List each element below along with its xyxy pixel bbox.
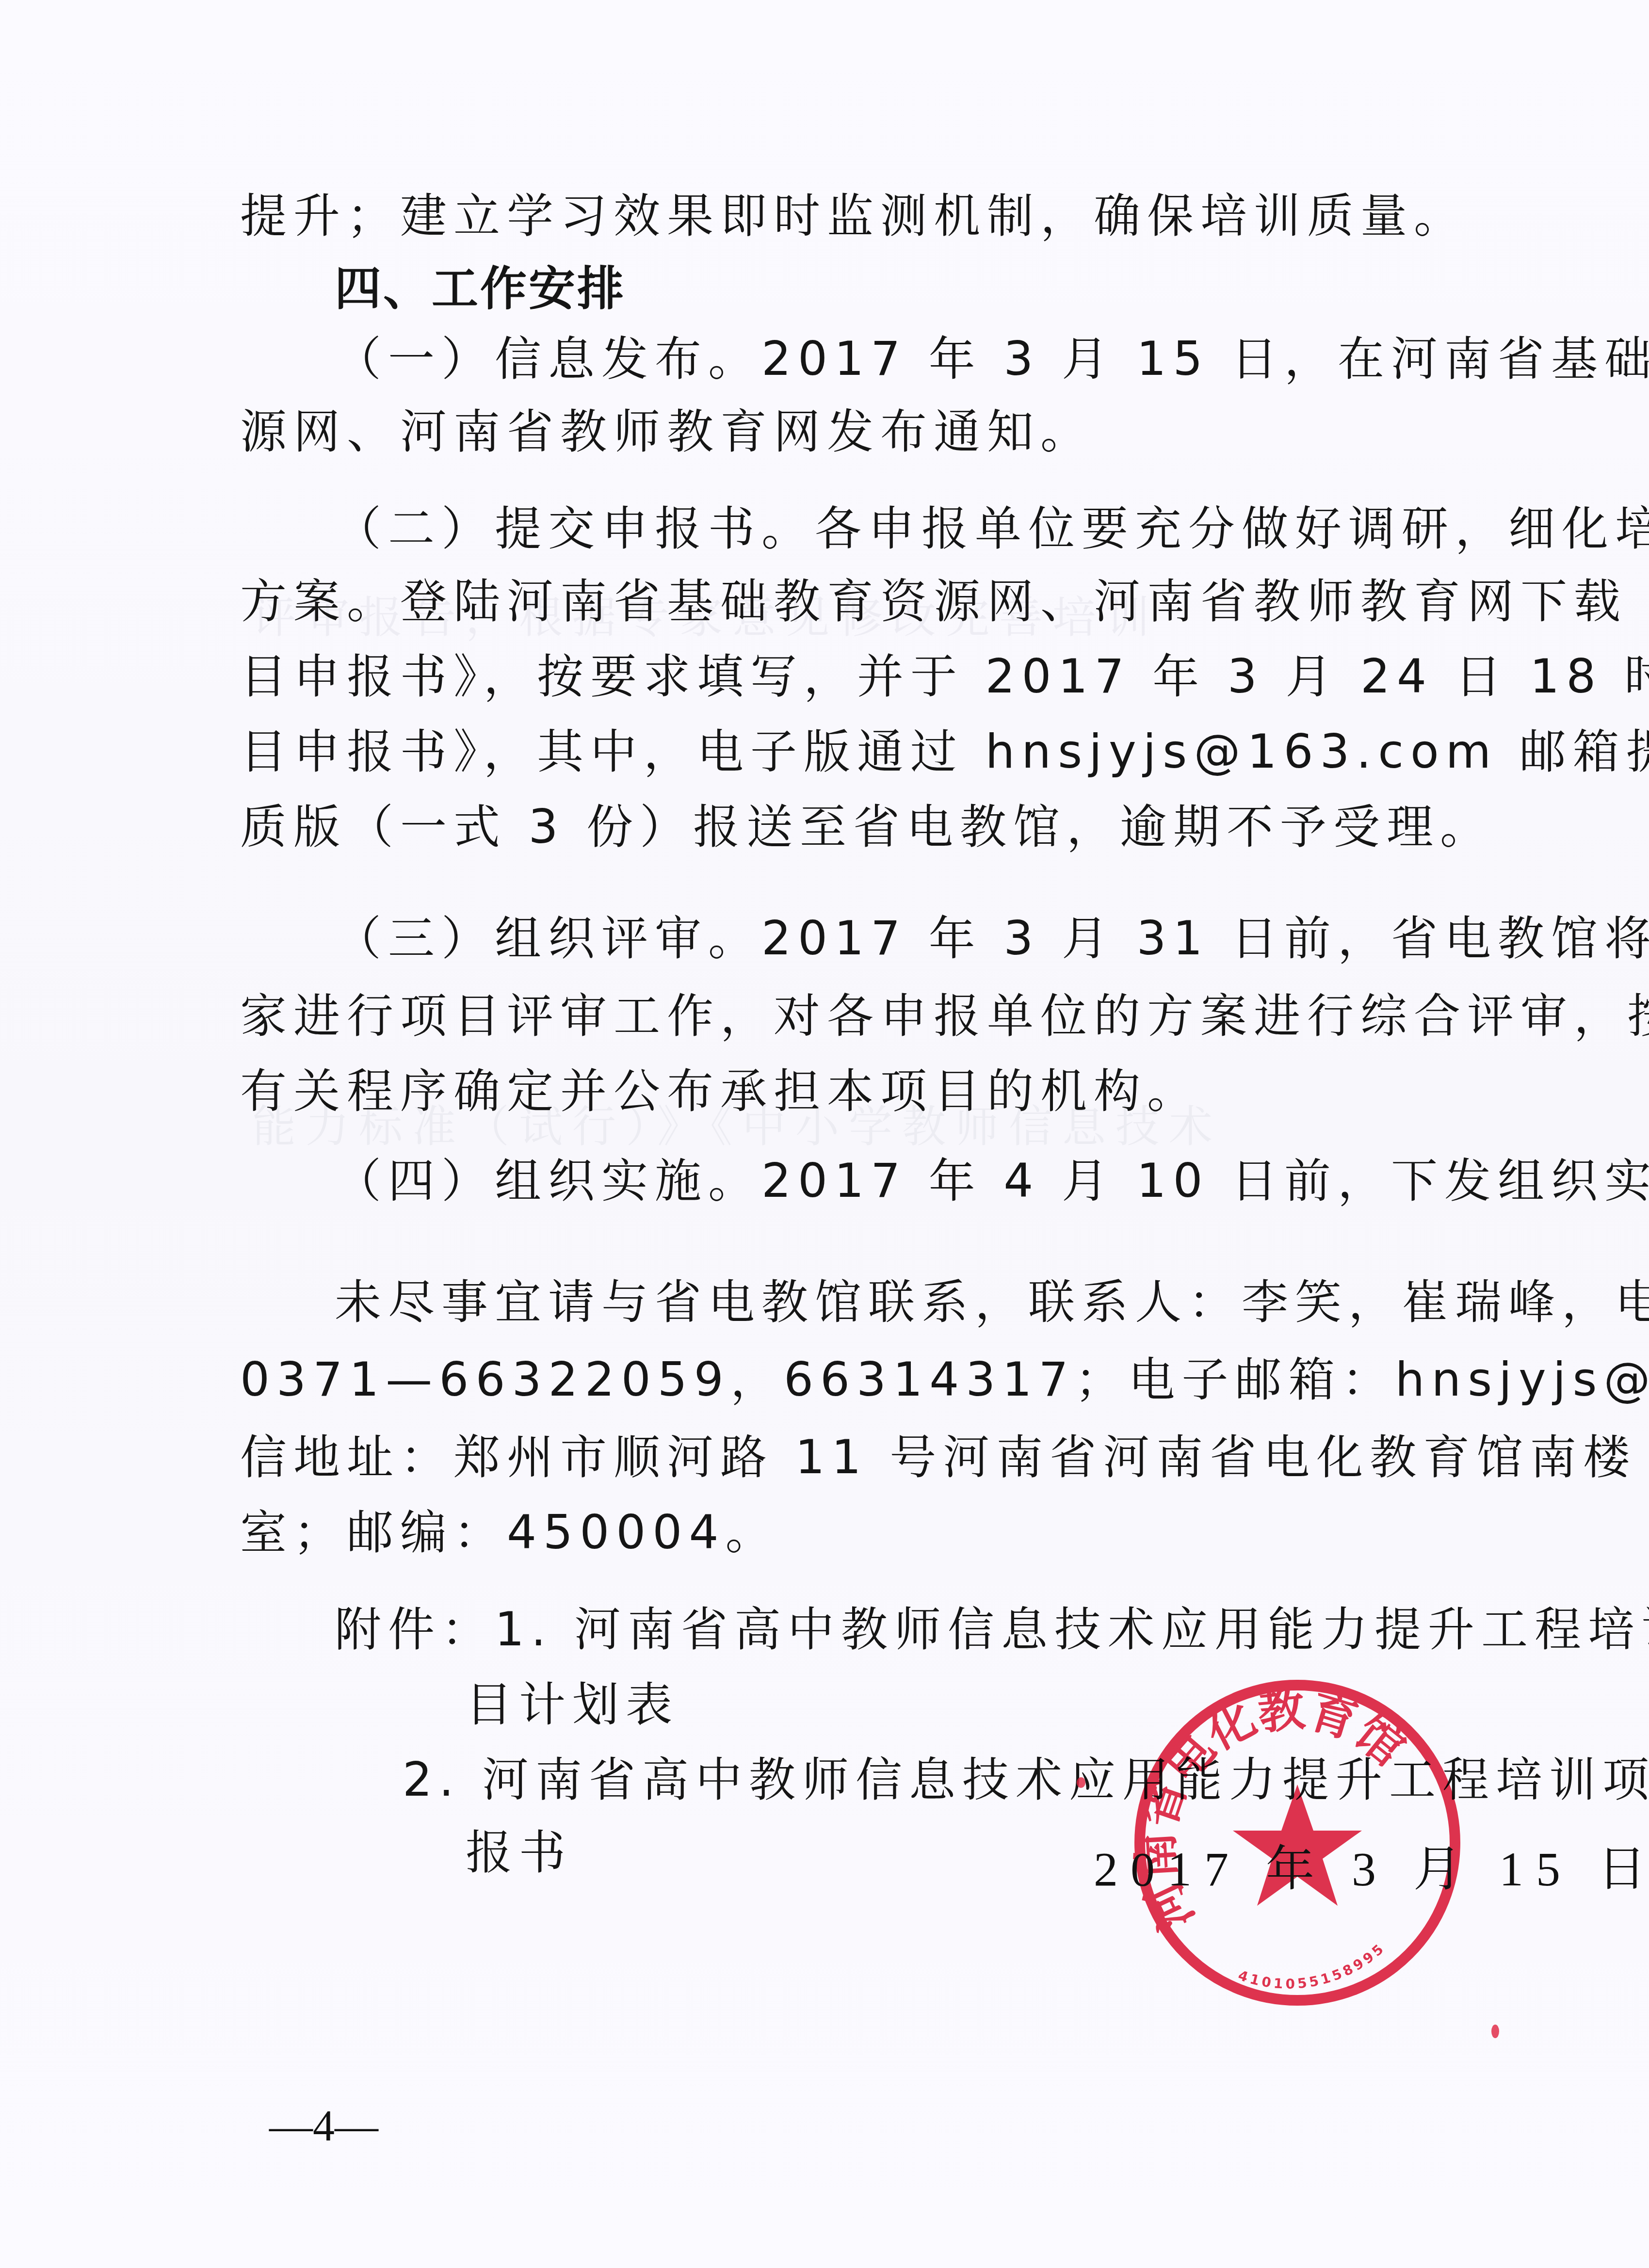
ink-speck	[1077, 1777, 1085, 1788]
item-2-line-1: （二）提交申报书。各申报单位要充分做好调研，细化培训	[335, 499, 1649, 558]
contact-line-3: 信地址：郑州市顺河路 11 号河南省河南省电化教育馆南楼 201	[240, 1428, 1649, 1486]
contact-line-4: 室；邮编：450004。	[240, 1503, 778, 1561]
signature-date: 2017 年 3 月 15 日	[1094, 1840, 1649, 1898]
item-3-line-1: （三）组织评审。2017 年 3 月 31 日前，省电教馆将组织专	[335, 909, 1649, 967]
continuation-line: 提升；建立学习效果即时监测机制，确保培训质量。	[240, 187, 1467, 245]
item-1-line-2: 源网、河南省教师教育网发布通知。	[240, 402, 1094, 461]
page-number: —4—	[269, 2102, 378, 2151]
item-2-line-4: 目申报书》，其中，电子版通过 hnsjyjs@163.com 邮箱提交，纸	[240, 723, 1649, 781]
item-1-line-1: （一）信息发布。2017 年 3 月 15 日，在河南省基础教育资	[335, 330, 1649, 388]
svg-text:河南省电化教育馆: 河南省电化教育馆	[1130, 1682, 1415, 1939]
document-page: 评审报告，根据专家意见修改完善培训 能力标准（试行）》《中小学教师信息技术 提升…	[0, 0, 1649, 2268]
attachments-prefix: 附件：	[335, 1602, 495, 1657]
item-3-line-3: 有关程序确定并公布承担本项目的机构。	[240, 1062, 1200, 1120]
seal-text: 河南省电化教育馆	[1130, 1682, 1415, 1939]
attachments-block: 附件：1. 河南省高中教师信息技术应用能力提升工程培训项	[335, 1600, 1649, 1658]
contact-line-2: 0371—66322059，66314317；电子邮箱：hnsjyjs@163.…	[240, 1351, 1649, 1409]
attachment-1-line-1: 1. 河南省高中教师信息技术应用能力提升工程培训项	[495, 1602, 1649, 1657]
attachment-1-line-2: 目计划表	[466, 1675, 679, 1734]
item-3-line-2: 家进行项目评审工作，对各申报单位的方案进行综合评审，按照	[240, 987, 1649, 1045]
item-2-line-5: 质版（一式 3 份）报送至省电教馆，逾期不予受理。	[240, 798, 1493, 856]
item-4-line-1: （四）组织实施。2017 年 4 月 10 日前，下发组织实施文件。	[335, 1152, 1649, 1210]
item-2-line-2: 方案。登陆河南省基础教育资源网、河南省教师教育网下载《项	[240, 572, 1649, 630]
ink-speck	[1491, 2025, 1499, 2038]
contact-line-1: 未尽事宜请与省电教馆联系，联系人：李笑，崔瑞峰，电话：	[335, 1273, 1649, 1331]
item-2-line-3: 目申报书》，按要求填写，并于 2017 年 3 月 24 日 18 时前提交《项	[240, 647, 1649, 706]
section-heading: 四、工作安排	[335, 259, 626, 318]
attachment-2-line-2: 报书	[466, 1823, 572, 1882]
